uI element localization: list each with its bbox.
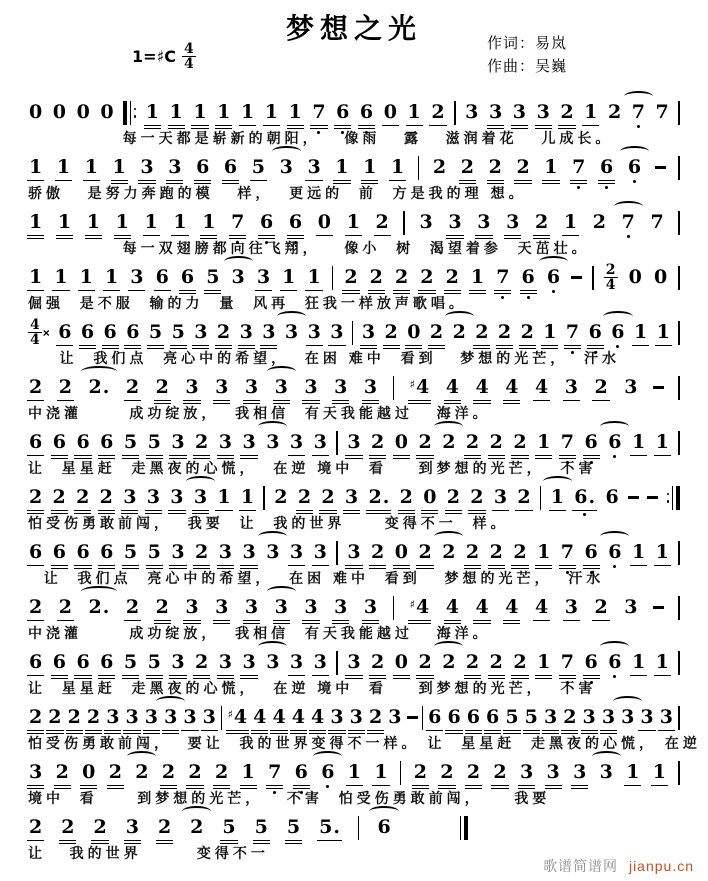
underline-beam [168,513,185,514]
note: 1 [631,543,646,562]
underline-beam [80,785,97,786]
underline-beam [464,568,481,569]
note: 6 [99,433,114,452]
underline-beam [215,125,232,126]
note: 2 [562,708,577,727]
note: 2 [441,653,456,672]
note: 4 [291,708,306,727]
underline-beam [542,730,559,731]
note: 3 [218,543,233,562]
note: 3 [241,543,256,562]
note: 6 [546,268,561,287]
underline-beam [393,455,410,456]
rest: 0 [628,268,643,287]
underline-beam [519,345,536,346]
underline-beam [405,345,422,346]
note: 7 [311,103,326,122]
underline-beam [630,565,647,566]
note: 3 [639,708,654,727]
underline-beam [266,788,283,789]
note: 1 [281,268,296,287]
underline-beam [398,513,415,514]
underline-beam [484,733,501,734]
note: 2 [432,158,447,177]
note: 3 [361,323,376,342]
note: 6 [75,653,90,672]
sharp-sign: ♯ [410,598,415,611]
low-octave-dot [633,180,636,183]
rest: 0 [317,213,332,232]
note: 3 [623,378,638,397]
note: 3 [163,708,178,727]
note: 5 [123,433,138,452]
note: 2 [28,708,43,727]
underline-beam [217,678,234,679]
note: 1 [240,488,255,507]
low-octave-dot [552,290,555,293]
underline-beam [511,125,528,126]
underline-beam [491,785,508,786]
note: 2 [488,158,503,177]
underline-beam [160,785,177,786]
slur-arc [620,146,649,157]
note: 2 [515,158,530,177]
underline-beam [229,238,246,239]
rest: 0 [394,653,409,672]
underline-beam [122,458,139,459]
underline-beam [309,730,326,731]
low-octave-dot [566,571,569,574]
underline-beam [102,348,119,349]
note: 3 [214,598,229,617]
underline-beam [563,620,580,621]
underline-beam [83,180,100,181]
note: 1 [216,488,231,507]
underline-beam [258,235,275,236]
note: 5 [221,818,236,837]
underline-beam [504,238,521,239]
note: 2 [417,543,432,562]
underline-beam [27,513,44,514]
underline-beam [583,568,600,569]
underline-beam [200,238,217,239]
underline-beam [459,183,476,184]
note: 3 [313,653,328,672]
underline-beam [582,125,599,126]
note: 2 [343,268,358,287]
barline [336,651,338,675]
note: 1 [543,158,558,177]
note: 6 [195,158,210,177]
underline-beam [319,513,336,514]
underline-beam [124,840,141,841]
note: 7 [560,543,575,562]
barline [678,651,680,675]
note: 1 [28,213,43,232]
underline-beam [123,733,140,734]
note: 6 [223,158,238,177]
note: 7 [560,653,575,672]
underline-beam [488,458,505,459]
underline-beam [484,730,501,731]
note: 3 [306,158,321,177]
underline-beam [559,568,576,569]
underline-beam [193,458,210,459]
underline-beam [170,348,187,349]
note: 2 [155,378,170,397]
barline [678,376,680,400]
note: 3 [274,378,289,397]
note: 2 [108,763,123,782]
lyrics-line: 让 我们点 亮心中的希望， 在困 难中 看到 梦想的光芒， 汗水 [28,349,680,367]
underline-beam [362,620,379,621]
underline-beam [428,348,445,349]
note: 5 [147,653,162,672]
underline-beam [438,785,455,786]
underline-beam [514,183,531,184]
underline-beam [416,568,433,569]
underline-beam [52,290,69,291]
note: 2 [189,818,204,837]
note: 2 [52,488,67,507]
underline-beam [518,785,535,786]
underline-beam [345,678,362,679]
underline-beam [487,128,504,129]
underline-beam [367,730,384,731]
underline-beam [563,400,580,401]
repeat-end-barline [667,486,680,510]
note: 2 [439,763,454,782]
underline-beam [192,510,209,511]
slur-arc [600,531,629,542]
underline-beam [469,293,486,294]
note: 2 [492,763,507,782]
underline-beam [285,840,302,841]
underline-beam [475,238,492,239]
sustain-dash [655,166,666,169]
note: 2 [297,488,312,507]
note: 3 [329,708,344,727]
underline-beam [273,400,290,401]
underline-beam [144,128,161,129]
note: 1 [288,103,303,122]
slur-arc [313,751,342,762]
underline-beam [444,290,461,291]
underline-beam [369,675,386,676]
note: 2 [194,543,209,562]
time-signature: 24 [604,263,618,292]
note: 3 [333,378,348,397]
note: 6 [52,543,67,562]
lyrics-line: 让 星星赶 走黑夜的心慌， 在逆 境中 看 到梦想的光芒， 不害 [28,679,680,697]
underline-beam [217,675,234,676]
barline [393,376,395,400]
note: 3 [419,213,434,232]
underline-beam [334,125,351,126]
underline-beam [169,455,186,456]
underline-beam [488,675,505,676]
duration-dot: . [383,486,390,508]
slur-arc [258,421,287,432]
note: 6 [359,103,374,122]
low-octave-dot [613,455,616,458]
underline-beam [122,568,139,569]
note: 6 [28,653,43,672]
low-octave-dot [294,241,297,244]
underline-beam [334,128,351,129]
underline-beam [183,620,200,621]
note: 6 [155,268,170,287]
notation-line: 222233331122232.20223216.6 [28,477,680,514]
note: 2 [559,103,574,122]
underline-beam [444,620,461,621]
note: 3 [346,653,361,672]
underline-beam [312,455,329,456]
note: 2 [155,598,170,617]
underline-beam [545,788,562,789]
music-system: 44×666655323333332022222176611 让 我们点 亮心中… [0,312,708,367]
underline-beam [168,128,185,129]
underline-beam [520,290,537,291]
underline-beam [494,293,511,294]
underline-beam [154,400,171,401]
sustain-dash [571,276,582,279]
note: 3 [274,598,289,617]
note: 6 [427,708,442,727]
underline-beam [146,455,163,456]
underline-beam [226,730,250,731]
underline-beam [171,235,188,236]
underline-beam [533,620,550,621]
underline-beam [342,293,359,294]
underline-beam [107,788,124,789]
note: 1 [53,268,68,287]
note: 2 [399,488,414,507]
underline-beam [488,568,505,569]
note: 7 [655,103,670,122]
note: 2 [92,818,107,837]
underline-beam [143,730,160,731]
underline-beam [287,128,304,129]
underline-beam [465,733,482,734]
sharp-sign: ♯ [410,378,415,391]
underline-beam [215,510,232,511]
underline-beam [226,733,250,734]
note: 1 [28,158,43,177]
note: 2 [67,708,82,727]
note: 3 [167,158,182,177]
lyrics-line: 骄傲 是努力奔跑的模 样， 更远的 前 方是我的理 想。 [28,184,680,202]
low-octave-dot [613,675,616,678]
note: 2 [413,763,428,782]
underline-beam [511,675,528,676]
notation-line: 666655323333332022222176611 [28,532,680,569]
note: 2 [369,268,384,287]
underline-beam [511,565,528,566]
music-system: 666655323333332022222176611 让 我们点 亮心中的希望… [0,532,708,587]
underline-beam [473,403,490,404]
note: 7 [621,213,636,232]
slur-arc [258,531,287,542]
note: 2 [593,378,608,397]
underline-beam [78,290,95,291]
duration-dot: . [333,816,340,838]
note: 3 [284,323,299,342]
note: 3 [125,818,140,837]
note: 3 [241,433,256,452]
note: 3 [193,488,208,507]
note: 3 [122,488,137,507]
notation-line: 666655323333332022222176611 [28,422,680,459]
slur-arc [267,586,296,597]
note: 2 [194,653,209,672]
underline-beam [121,513,138,514]
note: 2 [512,543,527,562]
note: 1 [656,323,671,342]
note: 3 [387,708,402,727]
note: 3 [265,433,280,452]
underline-beam [559,565,576,566]
underline-beam [296,510,313,511]
underline-beam [57,400,74,401]
note: 2 [370,433,385,452]
underline-beam [393,568,410,569]
underline-beam [561,730,578,731]
note: 3 [170,543,185,562]
note: 2 [75,488,90,507]
barline [678,596,680,620]
note: 2 [28,818,43,837]
underline-beam [302,623,319,624]
note: 3 [184,598,199,617]
underline-beam [503,730,520,731]
underline-beam [487,125,504,126]
time-signature-bottom: 4 [182,57,196,71]
note: ♯4 [409,598,431,617]
note: 3 [144,708,159,727]
note: 6 [75,433,90,452]
underline-beam [240,785,257,786]
underline-beam [571,785,588,786]
underline-beam [240,675,257,676]
underline-beam [162,733,179,734]
underline-beam [143,733,160,734]
note: 2. [367,488,390,507]
note: 3 [193,323,208,342]
slur-arc [434,531,463,542]
underline-beam [258,238,275,239]
underline-beam [549,510,566,511]
underline-beam [74,513,91,514]
underline-beam [583,455,600,456]
note: 2 [429,323,444,342]
sustain-dash [407,716,418,719]
underline-beam [429,125,446,126]
underline-beam [240,788,257,789]
underline-beam [183,403,200,404]
slur-arc [277,311,306,322]
underline-beam [305,290,322,291]
underline-beam [416,565,433,566]
note: 6 [588,323,603,342]
note: 7 [631,103,646,122]
credits: 作词：易岚 作曲：吴巍 [487,33,567,78]
underline-beam [655,345,672,346]
underline-beam [382,125,399,126]
rest: 0 [99,103,114,122]
underline-beam [564,345,581,346]
underline-beam [194,183,211,184]
note: 4 [310,708,325,727]
note: 2 [58,378,73,397]
underline-beam [103,290,120,291]
underline-beam [346,785,363,786]
underline-beam [56,345,73,346]
underline-beam [559,458,576,459]
underline-beam [191,125,208,126]
note: 6 [610,323,625,342]
underline-beam [542,183,559,184]
underline-beam [445,513,462,514]
underline-beam [366,510,391,511]
note: 2 [489,433,504,452]
note: 5 [254,818,269,837]
note: 2 [28,488,43,507]
note: 2 [489,653,504,672]
notation-line: 2222333333♯4444433236666553233333 [28,697,680,734]
note: 3 [170,653,185,672]
note: 1 [655,543,670,562]
underline-beam [535,128,552,129]
note: 3 [289,543,304,562]
note: 6 [320,763,335,782]
underline-beam [251,730,268,731]
underline-beam [213,623,230,624]
music-system: 2223225555.6让 我的世界 变得不一 [0,807,708,862]
note: 4 [474,598,489,617]
underline-beam [74,678,91,679]
note: 2 [134,763,149,782]
note: 1 [633,323,648,342]
underline-beam [358,125,375,126]
underline-beam [146,458,163,459]
music-system: 00001111111766012333321277 每一天都是崭新的朝阳， 像… [0,92,708,147]
note: 2 [370,543,385,562]
underline-beam [124,400,141,401]
barline [403,211,405,235]
underline-beam [362,623,379,624]
underline-beam [408,620,432,621]
note: 2 [446,488,461,507]
low-octave-dot [527,296,530,299]
underline-beam [169,458,186,459]
underline-beam [518,788,535,789]
underline-beam [288,675,305,676]
low-octave-dot [326,785,329,788]
underline-beam [581,733,598,734]
note: 2 [534,213,549,232]
underline-beam [473,345,490,346]
slur-arc [156,696,185,707]
note: 4 [534,598,549,617]
underline-beam [587,348,604,349]
underline-beam [312,565,329,566]
note: 2 [86,708,101,727]
note: 1 [144,213,159,232]
note: 3 [599,763,614,782]
note: 5 [123,653,138,672]
underline-beam [345,675,362,676]
